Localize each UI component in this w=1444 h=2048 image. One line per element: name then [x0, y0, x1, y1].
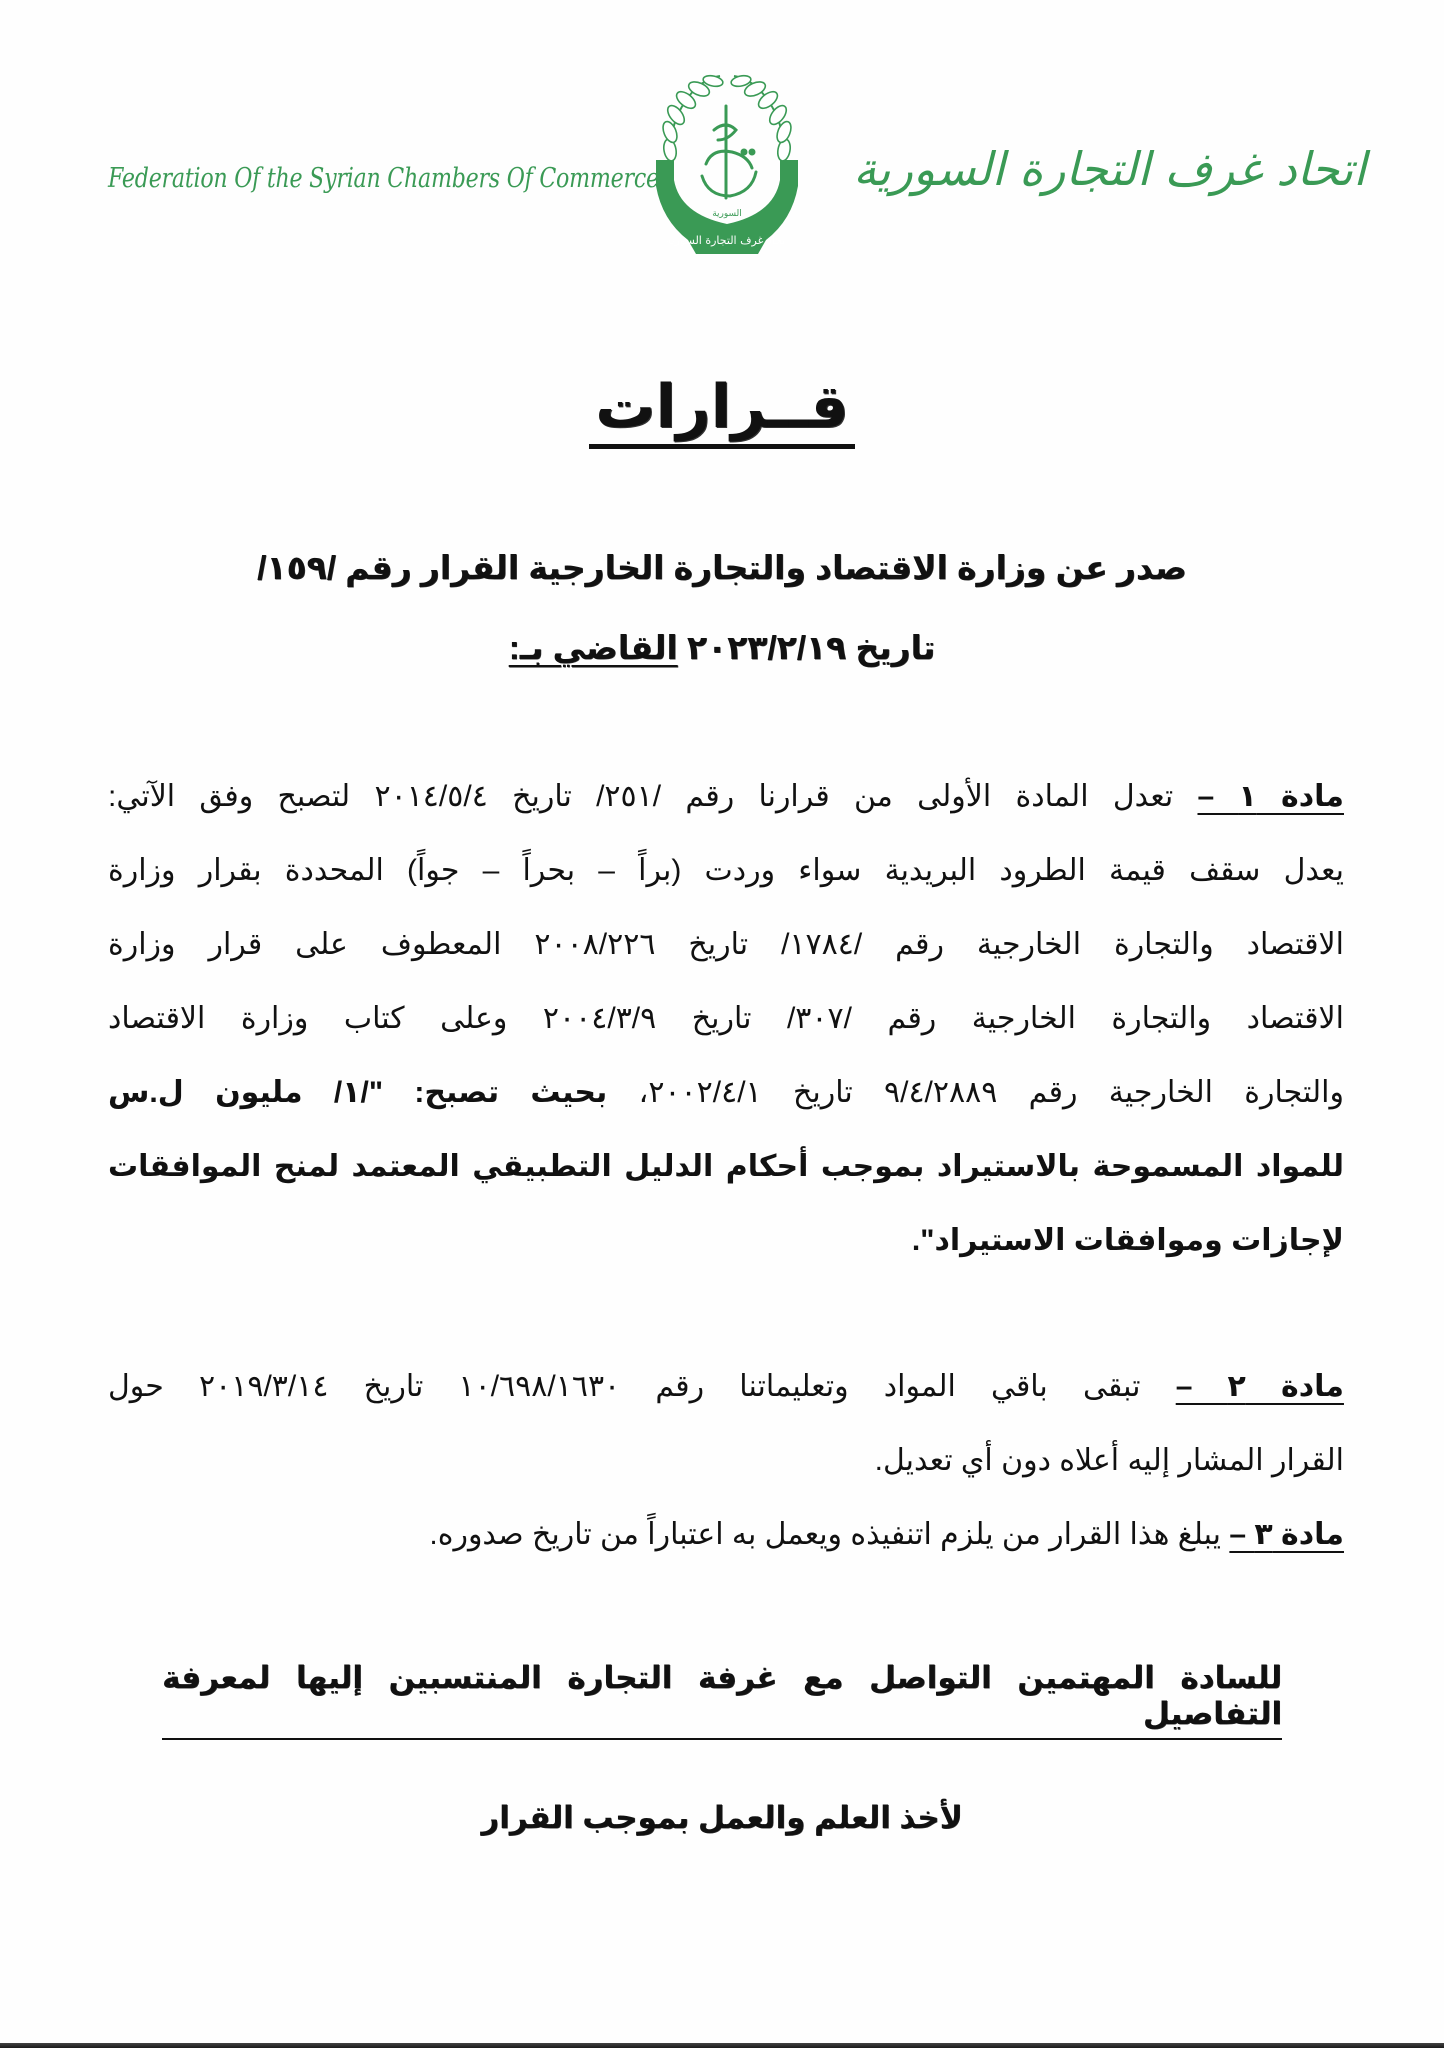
article-line: للمواد المسموحة بالاستيراد بموجب أحكام ا…	[108, 1130, 1344, 1204]
article-line: الاقتصاد والتجارة الخارجية رقم /٣٠٧/ تار…	[108, 982, 1344, 1056]
page-title: قــرارات	[0, 372, 1444, 449]
document-page: Federation Of the Syrian Chambers Of Com…	[0, 0, 1444, 2048]
article-label: مادة ١ –	[1197, 780, 1344, 813]
article-1: مادة ١ – تعدل المادة الأولى من قرارنا رق…	[108, 760, 1344, 1278]
contact-notice: للسادة المهتمين التواصل مع غرفة التجارة …	[0, 1660, 1444, 1740]
article-line: لإجازات وموافقات الاستيراد".	[108, 1204, 1344, 1278]
article-line: مادة ٢ – تبقى باقي المواد وتعليماتنا رقم…	[108, 1350, 1344, 1424]
decision-scope-label: القاضي بـ:	[509, 629, 678, 666]
decision-source-line: صدر عن وزارة الاقتصاد والتجارة الخارجية …	[0, 548, 1444, 587]
organization-name-arabic: اتحاد غرف التجارة السورية	[853, 142, 1366, 196]
article-line: الاقتصاد والتجارة الخارجية رقم /١٧٨٤/ تا…	[108, 908, 1344, 982]
article-text: والتجارة الخارجية رقم ٩/٤/٢٨٨٩ تاريخ ٢٠٠…	[639, 1076, 1344, 1109]
article-label: مادة ٢ –	[1176, 1370, 1344, 1403]
article-line: مادة ٣ – يبلغ هذا القرار من يلزم اتنفيذه…	[108, 1498, 1344, 1572]
decision-date: تاريخ ٢٠٢٣/٢/١٩	[687, 629, 935, 666]
decision-date-line: تاريخ ٢٠٢٣/٢/١٩ القاضي بـ:	[0, 628, 1444, 667]
article-line: والتجارة الخارجية رقم ٩/٤/٢٨٨٩ تاريخ ٢٠٠…	[108, 1056, 1344, 1130]
article-3: مادة ٣ – يبلغ هذا القرار من يلزم اتنفيذه…	[108, 1498, 1344, 1572]
letterhead: Federation Of the Syrian Chambers Of Com…	[0, 0, 1444, 300]
article-label: مادة ٣ –	[1229, 1518, 1344, 1551]
contact-notice-text: للسادة المهتمين التواصل مع غرفة التجارة …	[162, 1660, 1282, 1740]
closing-line: لأخذ العلم والعمل بموجب القرار	[0, 1800, 1444, 1836]
article-2: مادة ٢ – تبقى باقي المواد وتعليماتنا رقم…	[108, 1350, 1344, 1498]
svg-text:اتحاد غرف التجارة السورية: اتحاد غرف التجارة السورية	[666, 234, 789, 247]
article-bold-text: بحيث تصبح: "/١/ مليون ل.س	[108, 1076, 639, 1109]
article-text: تبقى باقي المواد وتعليماتنا رقم ١٠/٦٩٨/١…	[108, 1370, 1141, 1403]
article-text: تعدل المادة الأولى من قرارنا رقم /٢٥١/ ت…	[108, 780, 1173, 813]
article-text: يبلغ هذا القرار من يلزم اتنفيذه ويعمل به…	[429, 1518, 1221, 1551]
article-line: القرار المشار إليه أعلاه دون أي تعديل.	[108, 1424, 1344, 1498]
scan-edge-divider	[0, 2043, 1444, 2048]
article-line: يعدل سقف قيمة الطرود البريدية سواء وردت …	[108, 834, 1344, 908]
svg-text:السورية: السورية	[712, 209, 742, 219]
organization-name-english: Federation Of the Syrian Chambers Of Com…	[108, 163, 659, 194]
federation-emblem-icon: السورية اتحاد غرف التجارة السورية	[648, 68, 806, 258]
article-line: مادة ١ – تعدل المادة الأولى من قرارنا رق…	[108, 760, 1344, 834]
title-text: قــرارات	[589, 374, 855, 449]
